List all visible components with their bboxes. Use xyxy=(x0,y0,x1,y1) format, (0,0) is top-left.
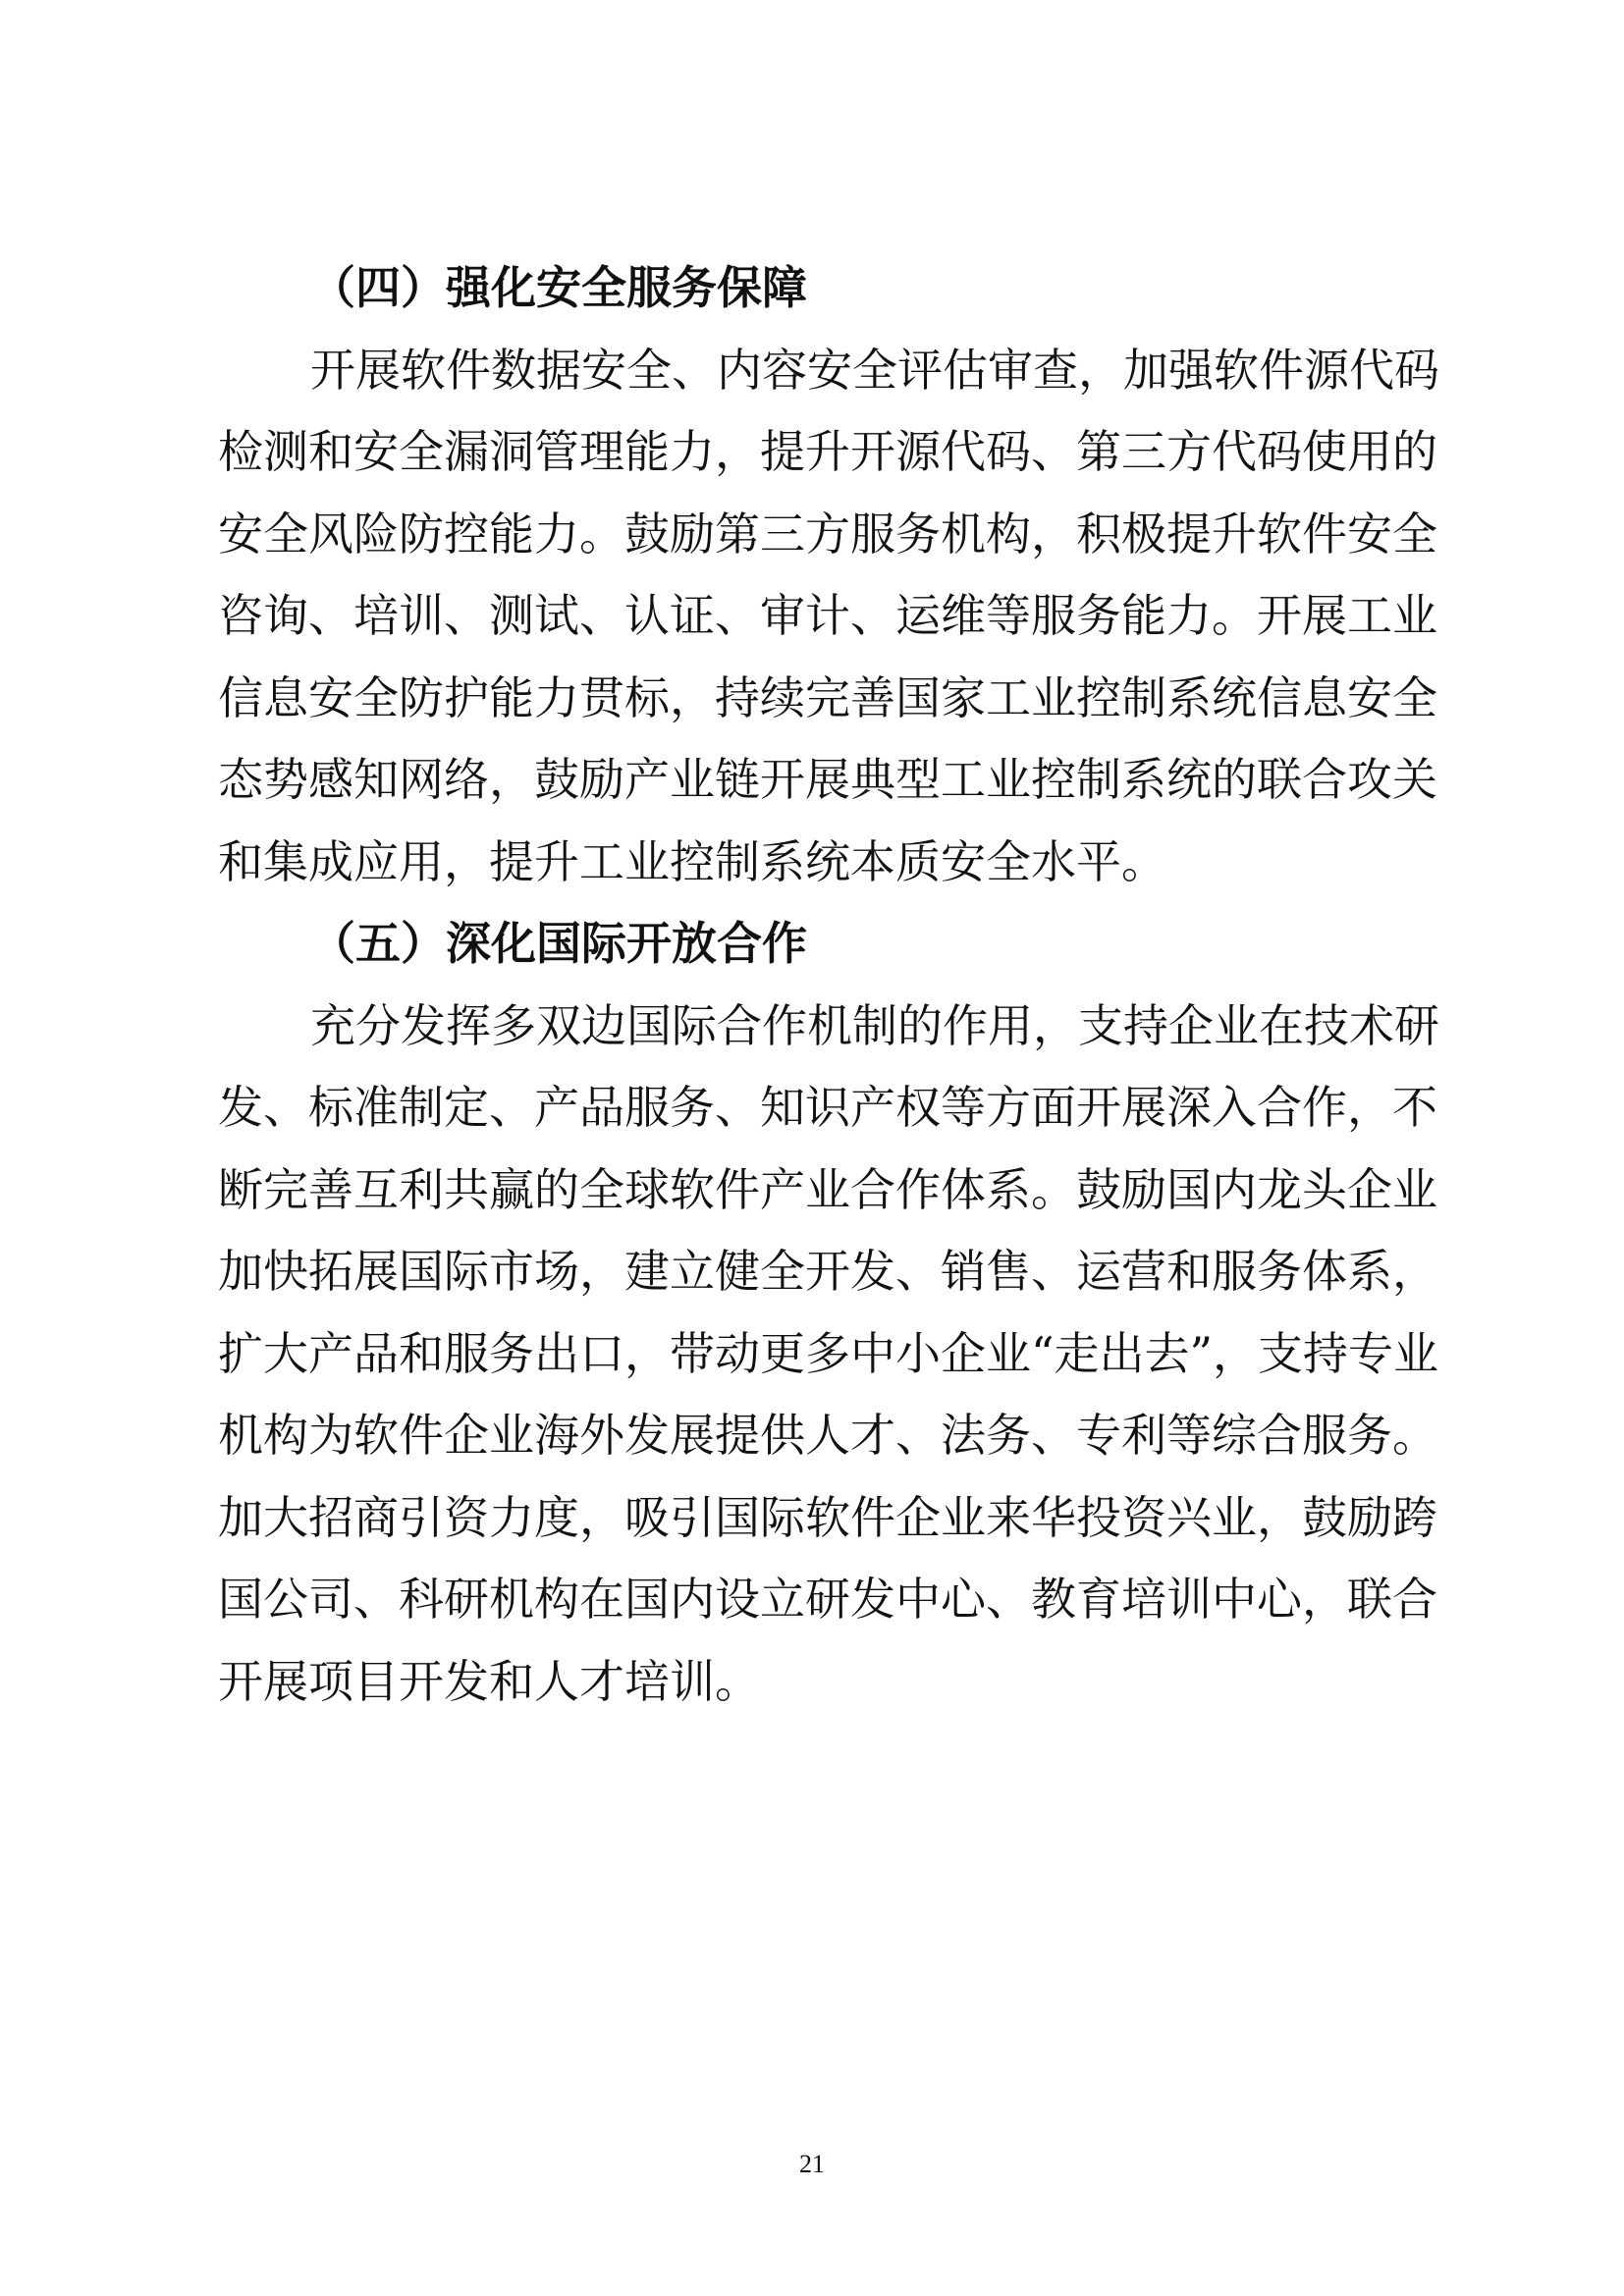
document-page: （四）强化安全服务保障 开展软件数据安全、内容安全评估审查，加强软件源代码 检测… xyxy=(0,0,1624,2296)
paragraph-line: 态势感知网络，鼓励产业链开展典型工业控制系统的联合攻关 xyxy=(218,739,1418,822)
paragraph-line: 开展软件数据安全、内容安全评估审查，加强软件源代码 xyxy=(218,330,1418,412)
paragraph-line: 和集成应用，提升工业控制系统本质安全水平。 xyxy=(218,822,1418,904)
paragraph-line: 充分发挥多双边国际合作机制的作用，支持企业在技术研 xyxy=(218,986,1418,1068)
page-number: 21 xyxy=(0,2150,1624,2179)
paragraph-line: 咨询、培训、测试、认证、审计、运维等服务能力。开展工业 xyxy=(218,575,1418,658)
paragraph-line: 发、标准制定、产品服务、知识产权等方面开展深入合作，不 xyxy=(218,1067,1418,1149)
paragraph-line: 加大招商引资力度，吸引国际软件企业来华投资兴业，鼓励跨 xyxy=(218,1477,1418,1560)
paragraph-line: 加快拓展国际市场，建立健全开发、销售、运营和服务体系， xyxy=(218,1231,1418,1313)
paragraph-line: 检测和安全漏洞管理能力，提升开源代码、第三方代码使用的 xyxy=(218,411,1418,494)
paragraph-line: 扩大产品和服务出口，带动更多中小企业“走出去”，支持专业 xyxy=(218,1313,1418,1396)
paragraph-line: 断完善互利共赢的全球软件产业合作体系。鼓励国内龙头企业 xyxy=(218,1149,1418,1232)
paragraph-line: 安全风险防控能力。鼓励第三方服务机构，积极提升软件安全 xyxy=(218,494,1418,576)
paragraph-line: 开展项目开发和人才培训。 xyxy=(218,1641,1418,1724)
paragraph-line: 信息安全防护能力贯标，持续完善国家工业控制系统信息安全 xyxy=(218,658,1418,740)
paragraph-line: 国公司、科研机构在国内设立研发中心、教育培训中心，联合 xyxy=(218,1559,1418,1641)
paragraph-line: 机构为软件企业海外发展提供人才、法务、专利等综合服务。 xyxy=(218,1395,1418,1477)
section-heading: （五）深化国际开放合作 xyxy=(218,903,1418,986)
section-heading: （四）强化安全服务保障 xyxy=(218,247,1418,330)
page-body: （四）强化安全服务保障 开展软件数据安全、内容安全评估审查，加强软件源代码 检测… xyxy=(218,247,1418,1723)
